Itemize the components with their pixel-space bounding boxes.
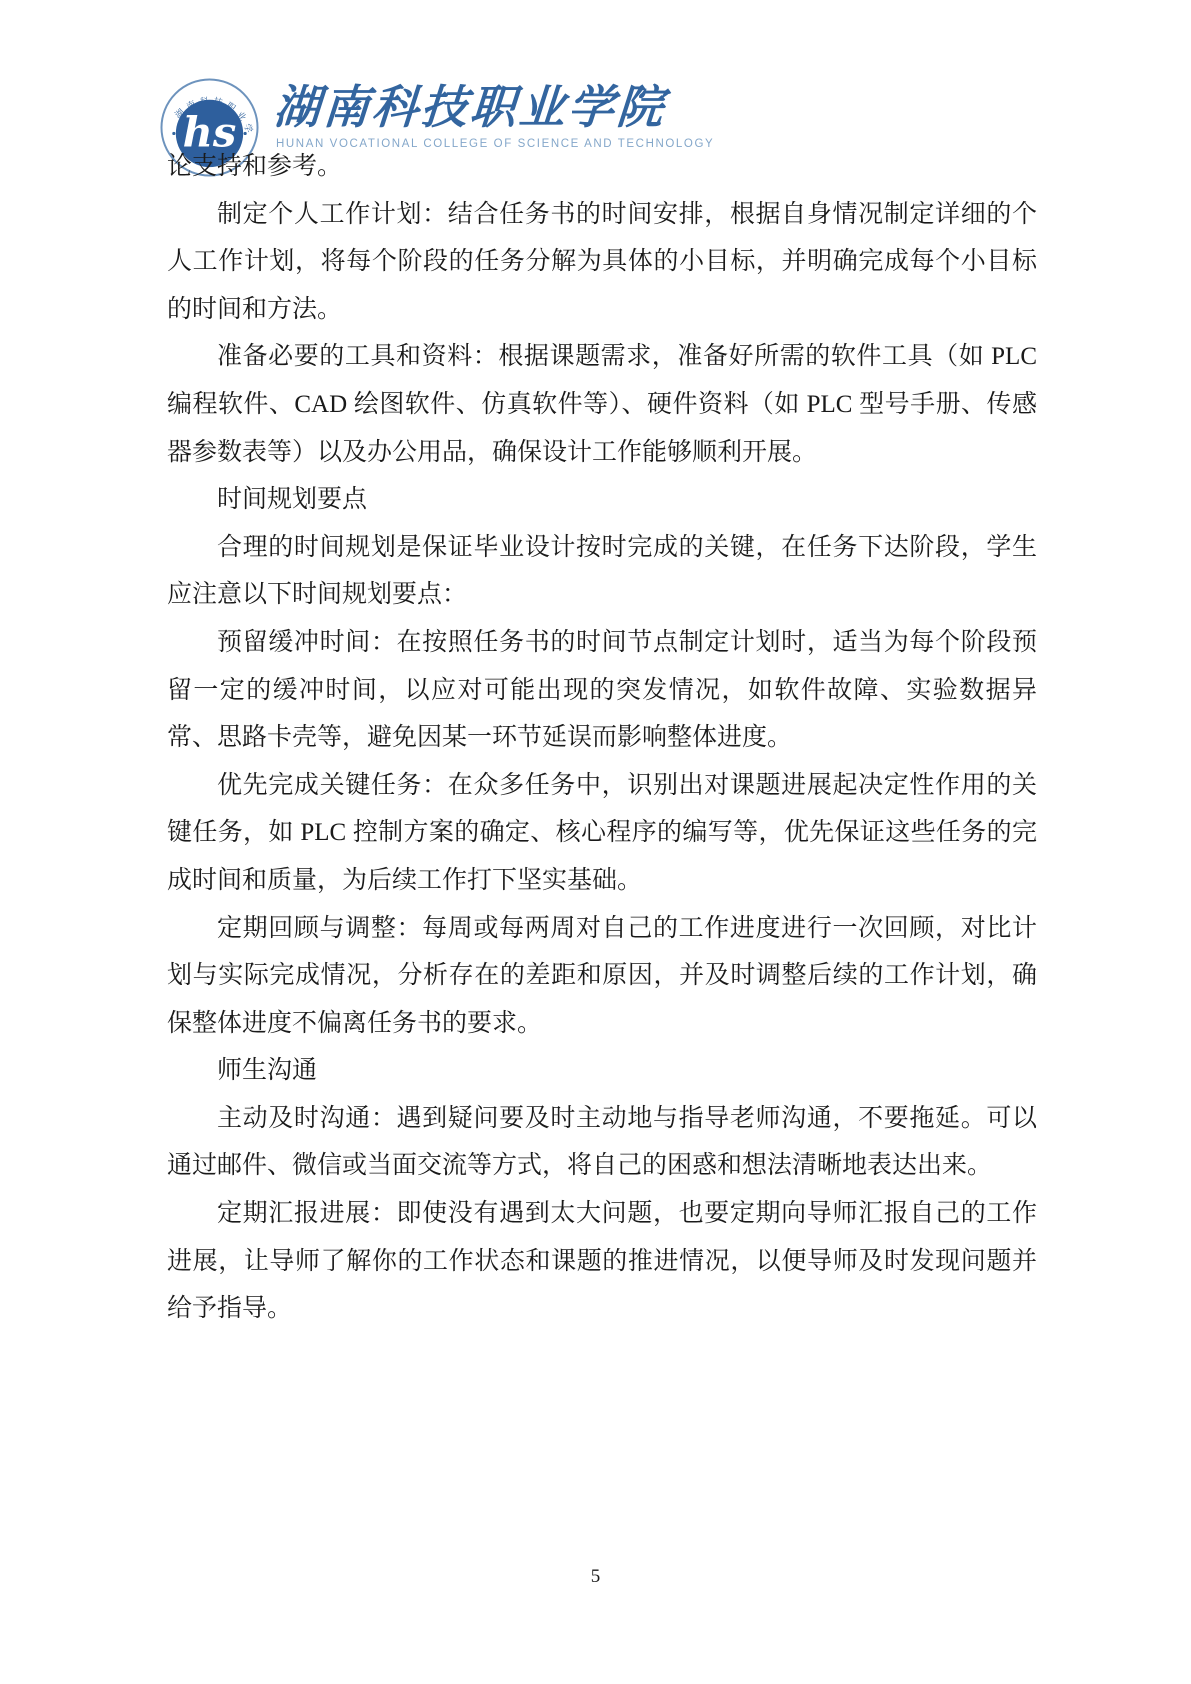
paragraph: 定期汇报进展：即使没有遇到太大问题，也要定期向导师汇报自己的工作进展，让导师了解…: [167, 1190, 1037, 1333]
paragraph: 制定个人工作计划：结合任务书的时间安排，根据自身情况制定详细的个人工作计划，将每…: [167, 191, 1037, 334]
paragraph: 准备必要的工具和资料：根据课题需求，准备好所需的软件工具（如 PLC 编程软件、…: [167, 333, 1037, 476]
document-body: 论支持和参考。 制定个人工作计划：结合任务书的时间安排，根据自身情况制定详细的个…: [167, 143, 1037, 1333]
paragraph: 定期回顾与调整：每周或每两周对自己的工作进度进行一次回顾，对比计划与实际完成情况…: [167, 905, 1037, 1048]
logo-text-column: 湖南科技职业学院 HUNAN VOCATIONAL COLLEGE OF SCI…: [274, 78, 714, 150]
paragraph-heading: 师生沟通: [167, 1047, 1037, 1095]
paragraph: 预留缓冲时间：在按照任务书的时间节点制定计划时，适当为每个阶段预留一定的缓冲时间…: [167, 619, 1037, 762]
paragraph: 优先完成关键任务：在众多任务中，识别出对课题进展起决定性作用的关键任务，如 PL…: [167, 762, 1037, 905]
paragraph-continuation: 论支持和参考。: [167, 143, 1037, 191]
page-number: 5: [0, 1566, 1191, 1588]
document-page: 湖南科技职业学院 hs 湖南科技职业学院 HUNAN VOCATIONAL CO…: [0, 0, 1191, 1684]
paragraph: 合理的时间规划是保证毕业设计按时完成的关键，在任务下达阶段，学生应注意以下时间规…: [167, 524, 1037, 619]
college-name-zh: 湖南科技职业学院: [272, 78, 716, 136]
paragraph-heading: 时间规划要点: [167, 476, 1037, 524]
paragraph: 主动及时沟通：遇到疑问要及时主动地与指导老师沟通，不要拖延。可以通过邮件、微信或…: [167, 1095, 1037, 1190]
